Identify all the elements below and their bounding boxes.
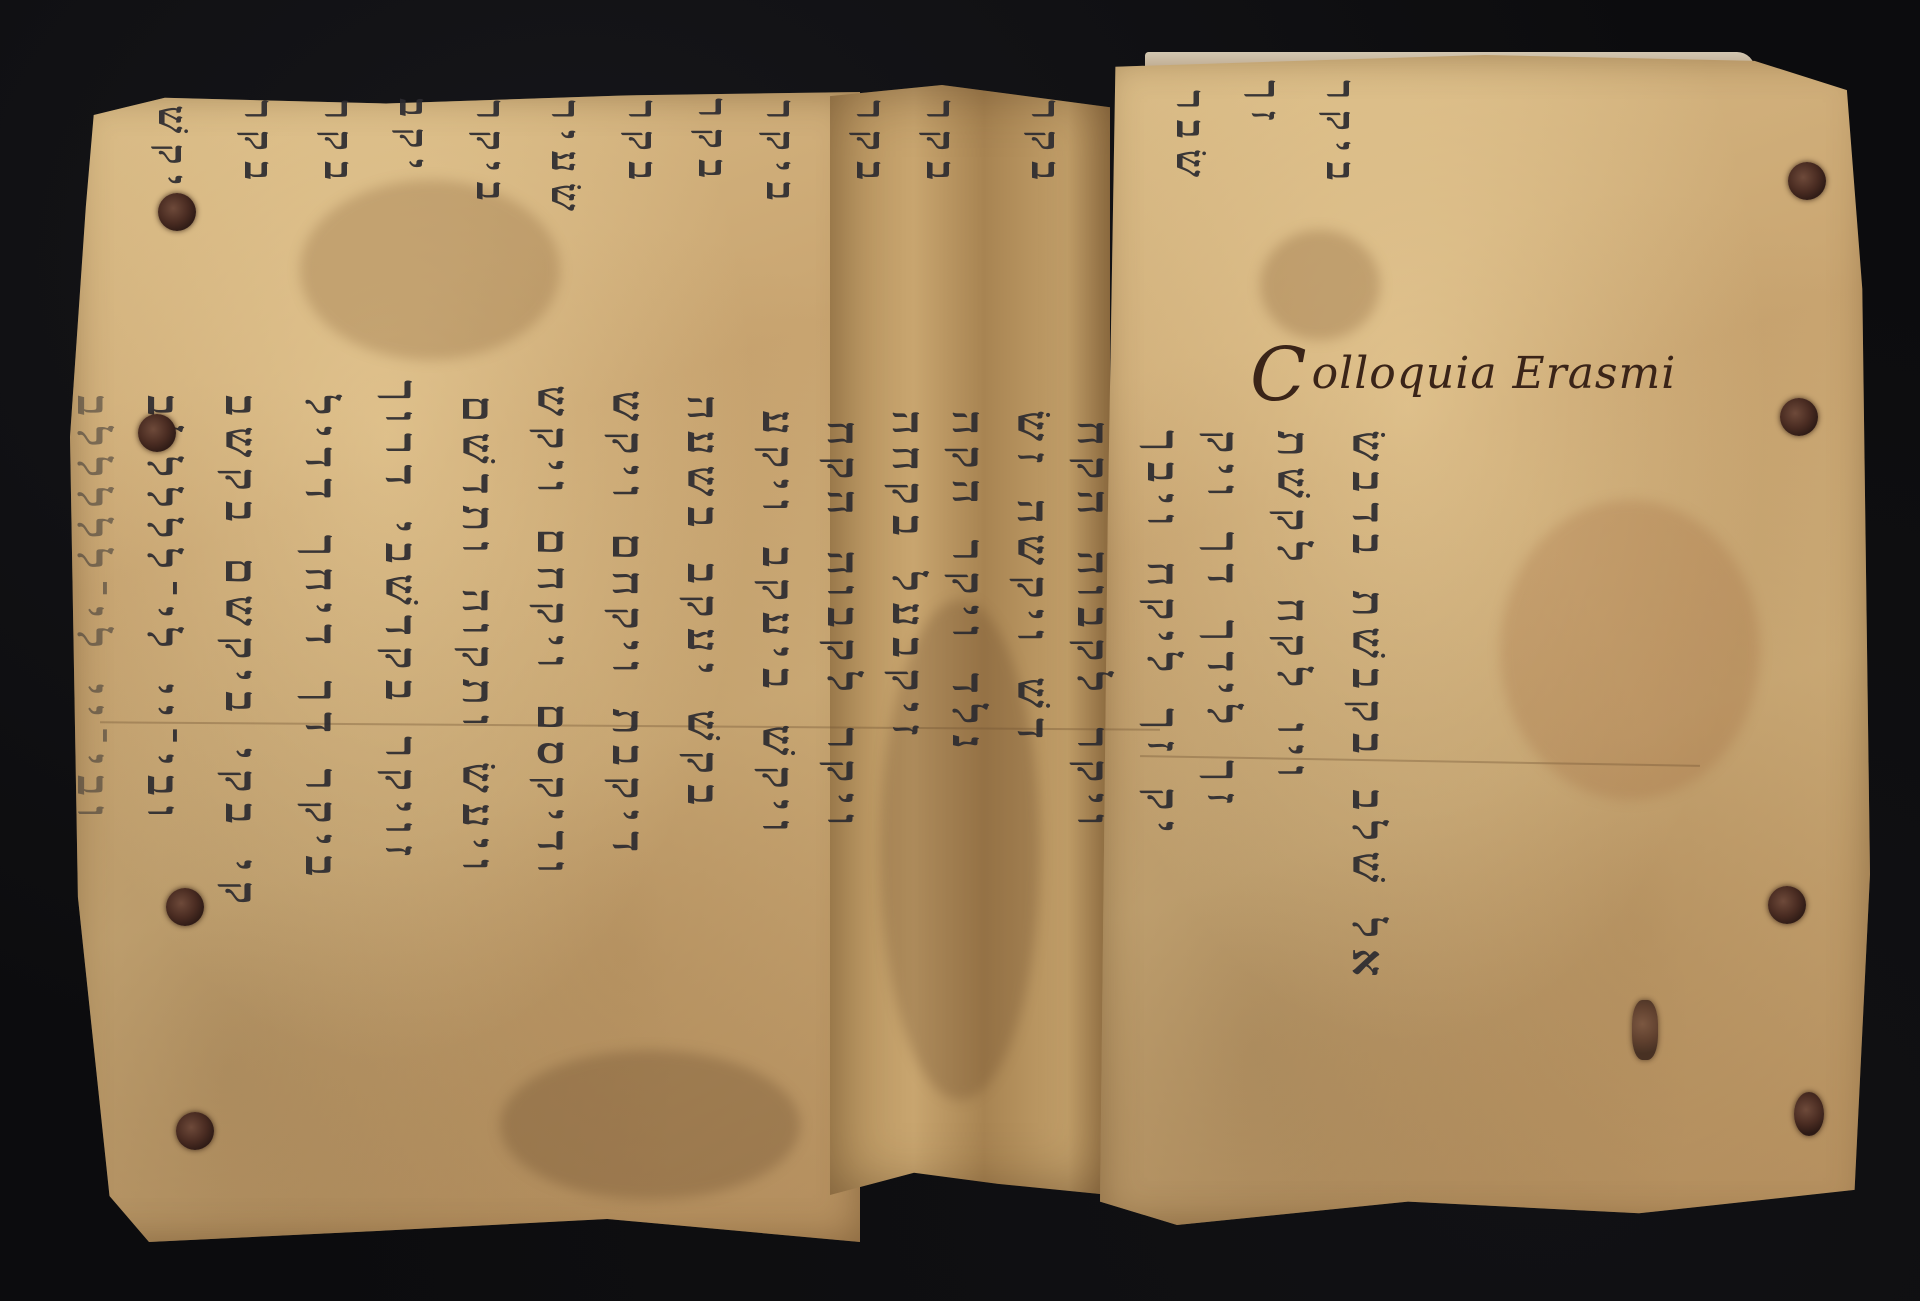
stain (500, 1050, 800, 1200)
rusty-nail-icon (158, 193, 196, 231)
hebrew-column: ויו לקח לקשׁת (1270, 430, 1314, 787)
hebrew-column: זויקר בקדשׁבי דרוך (378, 380, 422, 866)
rusty-nail-icon (1768, 886, 1806, 924)
hebrew-column: ובי־יי לי־לללללב (140, 395, 184, 827)
hebrew-column: זיקבעל בקחה (885, 410, 929, 745)
hebrew-column-top: שׂבר (1170, 90, 1210, 187)
hebrew-column: אל שׁלב בקבשׁת בדבשׂ (1345, 430, 1389, 986)
hebrew-column-top: בקר (920, 100, 960, 190)
rusty-nail-icon (1780, 398, 1818, 436)
hebrew-column: ויקר לקבוה הקח (820, 420, 864, 835)
hebrew-column: ביקר דך דיחך דדיל (298, 395, 342, 886)
inscription-capital: C (1250, 332, 1308, 418)
hebrew-column: דשׁ ויקשה זשׂ (1010, 410, 1054, 749)
hebrew-column: זך לידך דך ויק (1200, 430, 1244, 814)
hebrew-column: ויקר לקבוה הקח (1070, 420, 1114, 835)
hebrew-column-top: ביקר (470, 100, 510, 211)
hebrew-column: יק זך ליקח ויבך (1140, 430, 1184, 842)
hebrew-column: דיקבת ויקחם ויקש (605, 390, 649, 862)
hebrew-column-top: בקר (238, 100, 278, 190)
inscription-text: olloquia Erasmi (1312, 348, 1677, 399)
hebrew-column-top: בקר (692, 98, 732, 188)
rusty-nail-icon (166, 888, 204, 926)
hebrew-column: ודיקסם ויקחם ויקש (530, 385, 574, 883)
hebrew-column-top: יקשׁ (152, 105, 192, 195)
hebrew-column-top: ביקר (760, 100, 800, 211)
rusty-nail-icon (1788, 162, 1826, 200)
hebrew-column-top: זך (1245, 80, 1285, 131)
hebrew-column-top: בקר (622, 100, 662, 190)
hebrew-column: נלד ויקר הקה (945, 410, 989, 759)
rusty-nail-icon (138, 414, 176, 452)
stain (1500, 500, 1760, 800)
stain (300, 180, 560, 360)
rusty-nail-icon (176, 1112, 214, 1150)
rusty-nail-icon (1794, 1092, 1824, 1136)
latin-inscription: Colloquia Erasmi (1250, 320, 1676, 406)
hebrew-column-top: בקר (850, 100, 890, 190)
hebrew-column: ובי־יי לי־לללללב (70, 395, 114, 827)
hebrew-column-top: בקר (1025, 100, 1065, 190)
hebrew-column: בקשׁ יעקב בשעה (680, 395, 724, 815)
hebrew-column: ויעשׂ ותקוה ותדשׁם (455, 395, 499, 881)
rust-stain-icon (1632, 1000, 1658, 1060)
hebrew-column-top: שׂעיר (545, 100, 585, 221)
manuscript-binding: יקשׁ בקר בקר יקב ביקר שׂעיר בקר בקר ביקר… (0, 0, 1920, 1301)
hebrew-column: ויקשׁ ביעקב ויקע (755, 410, 799, 842)
hebrew-column-top: יקב (393, 98, 433, 179)
hebrew-column-top: בקר (318, 100, 358, 190)
hebrew-column: קי בקי ביקשם בקשב (218, 395, 262, 914)
hebrew-column-top: ביקר (1320, 80, 1360, 191)
